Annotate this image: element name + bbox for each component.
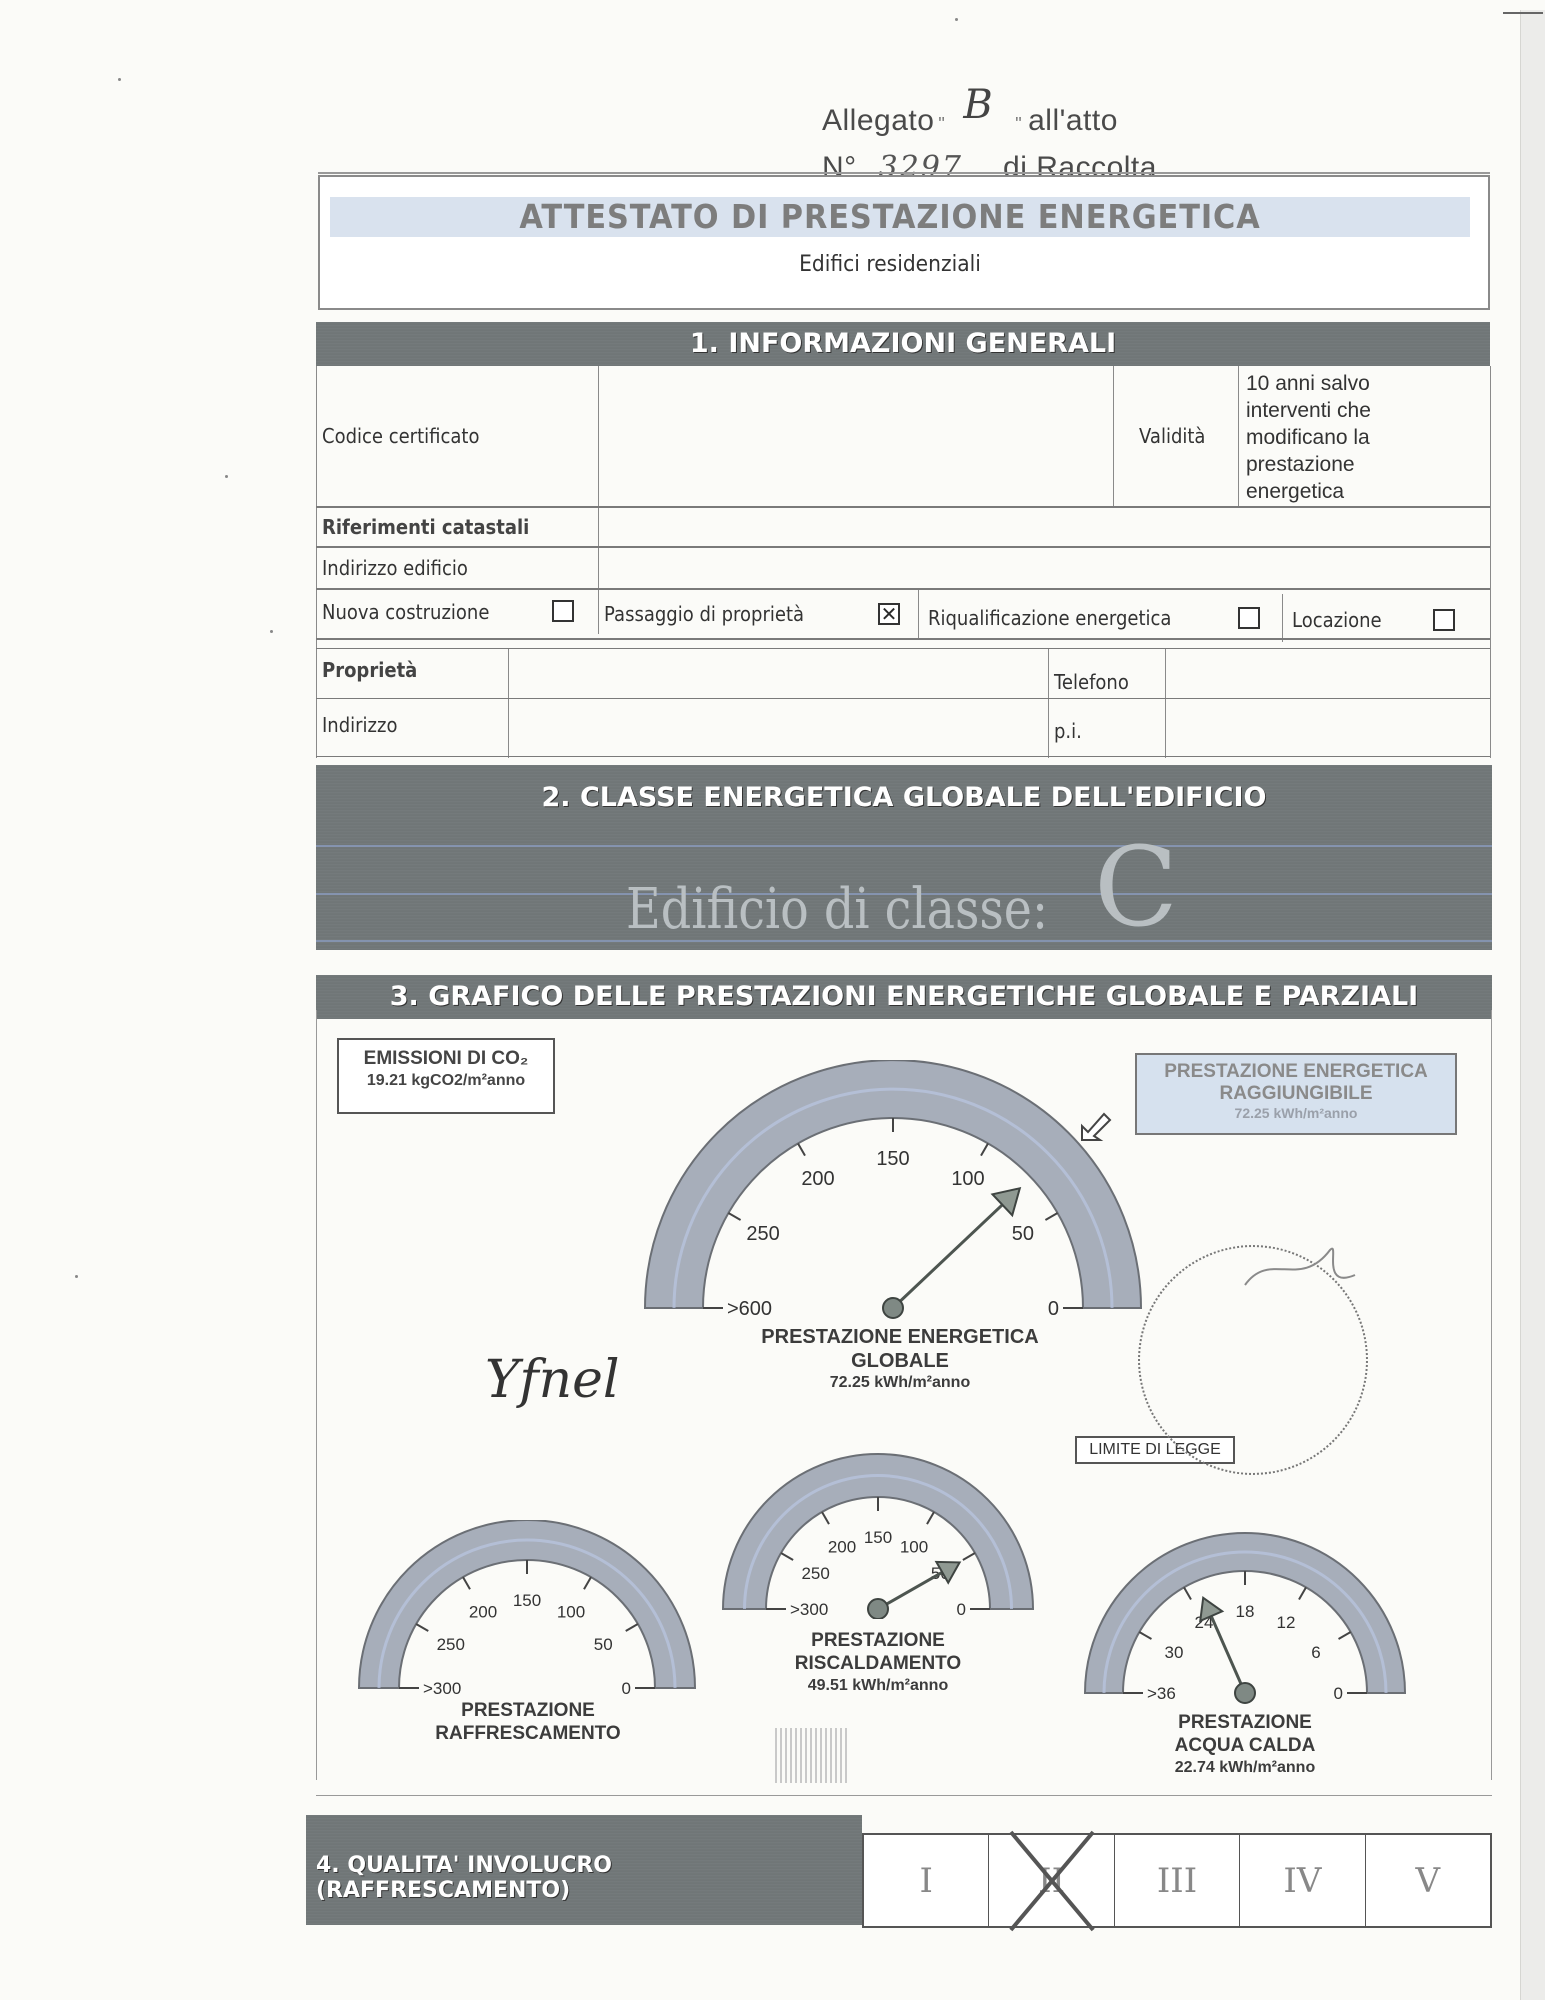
checkbox-passaggio-proprieta[interactable]: ✕: [878, 603, 900, 625]
indirizzo-edificio-label: Indirizzo edificio: [316, 548, 598, 588]
svg-text:6: 6: [1311, 1643, 1320, 1662]
riferimenti-catastali-value: [598, 508, 1490, 546]
scan-artifact: [316, 845, 1492, 847]
scan-artifact: [775, 1728, 847, 1783]
scan-speck: [955, 18, 958, 21]
page-subtitle: Edifici residenziali: [366, 252, 1415, 277]
gauge-label-line: PRESTAZIONE: [388, 1700, 668, 1723]
gauge-label-line: RAFFRESCAMENTO: [388, 1723, 668, 1746]
gauge-label-line: ACQUA CALDA: [1105, 1735, 1385, 1758]
svg-text:12: 12: [1277, 1613, 1296, 1632]
motivazione-riqualificazione: Riqualificazione energetica: [922, 596, 1282, 640]
svg-text:0: 0: [622, 1679, 631, 1698]
energy-class-value: C: [1094, 823, 1178, 951]
checkbox-riqualificazione[interactable]: [1238, 607, 1260, 629]
page-title: ATTESTATO DI PRESTAZIONE ENERGETICA: [366, 197, 1415, 236]
raggiungibile-box: PRESTAZIONE ENERGETICA RAGGIUNGIBILE 72.…: [1135, 1053, 1457, 1135]
gauge-globale-value: 72.25 kWh/m²anno: [700, 1373, 1100, 1392]
gauge-globale-label: PRESTAZIONE ENERGETICA GLOBALE 72.25 kWh…: [700, 1325, 1100, 1392]
gauge-prestazione-raffrescamento: >300250200150100500: [355, 1520, 700, 1700]
table-col: [1282, 594, 1283, 642]
motivazione-locazione: Locazione: [1286, 598, 1486, 642]
gauge-prestazione-acqua-calda: >363024181260: [1080, 1525, 1410, 1705]
section2-title: 2. CLASSE ENERGETICA GLOBALE DELL'EDIFIC…: [316, 782, 1492, 813]
proprieta-value: [508, 648, 1048, 692]
scan-speck: [75, 1275, 78, 1278]
allegato-suffix: all'atto: [1028, 99, 1118, 143]
svg-text:100: 100: [951, 1168, 984, 1190]
class-cell-iv: IV: [1240, 1835, 1365, 1926]
svg-text:>36: >36: [1147, 1684, 1176, 1703]
svg-text:30: 30: [1165, 1643, 1184, 1662]
divider: [316, 1795, 1492, 1796]
section2-panel: 2. CLASSE ENERGETICA GLOBALE DELL'EDIFIC…: [316, 765, 1492, 950]
svg-text:50: 50: [594, 1635, 613, 1654]
handwritten-signature: Yfnel: [485, 1350, 619, 1410]
svg-text:0: 0: [1334, 1684, 1343, 1703]
class-cell-ii: II: [989, 1835, 1114, 1926]
gauge-acqua-label: PRESTAZIONE ACQUA CALDA 22.74 kWh/m²anno: [1105, 1712, 1385, 1777]
table-border: [1490, 366, 1491, 758]
raggiungibile-title-1: PRESTAZIONE ENERGETICA: [1137, 1061, 1455, 1083]
svg-text:200: 200: [828, 1538, 856, 1557]
scan-edge: [1520, 10, 1545, 2000]
validita-label: Validità: [1113, 366, 1238, 506]
raggiungibile-value: 72.25 kWh/m²anno: [1137, 1105, 1455, 1121]
svg-text:>300: >300: [790, 1600, 828, 1619]
gauge-label-line: GLOBALE: [700, 1349, 1100, 1373]
gauge-raffrescamento-label: PRESTAZIONE RAFFRESCAMENTO: [388, 1700, 668, 1746]
svg-text:>300: >300: [423, 1679, 461, 1698]
table-col: [918, 590, 919, 638]
indirizzo-value: [508, 700, 1048, 750]
validita-value: 10 anni salvo interventi che modificano …: [1246, 370, 1371, 505]
validita-line: interventi che: [1246, 397, 1371, 424]
validita-line: 10 anni salvo: [1246, 370, 1371, 397]
indirizzo-label: Indirizzo: [316, 700, 508, 750]
svg-text:100: 100: [900, 1538, 928, 1557]
gauge-label-line: PRESTAZIONE: [738, 1630, 1018, 1653]
gauge-label-line: RISCALDAMENTO: [738, 1653, 1018, 1676]
scan-speck: [270, 630, 273, 633]
checkbox-locazione[interactable]: [1433, 609, 1455, 631]
codice-certificato-label: Codice certificato: [316, 366, 598, 506]
title-box: ATTESTATO DI PRESTAZIONE ENERGETICA Edif…: [318, 175, 1490, 310]
validita-line: energetica: [1246, 478, 1371, 505]
checkbox-nuova-costruzione[interactable]: [552, 600, 574, 622]
svg-text:150: 150: [876, 1148, 909, 1170]
svg-text:200: 200: [801, 1168, 834, 1190]
gauge-label-line: PRESTAZIONE: [1105, 1712, 1385, 1735]
qualita-involucro-classes: I II III IV V: [862, 1833, 1492, 1928]
validita-line: prestazione: [1246, 451, 1371, 478]
svg-text:250: 250: [801, 1564, 829, 1583]
svg-text:18: 18: [1236, 1602, 1255, 1621]
section4-title: 4. QUALITA' INVOLUCRO (RAFFRESCAMENTO): [306, 1853, 862, 1903]
table-row-line: [316, 756, 1490, 757]
proprieta-label: Proprietà: [316, 648, 508, 692]
indirizzo-edificio-value: [598, 548, 1490, 588]
divider: [318, 172, 1490, 174]
signature-mark: [1240, 1230, 1360, 1300]
allegato-letter: B: [963, 83, 993, 127]
svg-text:0: 0: [1048, 1298, 1059, 1320]
section4-header: 4. QUALITA' INVOLUCRO (RAFFRESCAMENTO): [306, 1815, 862, 1925]
emissioni-title: EMISSIONI DI CO₂: [339, 1048, 553, 1070]
emissioni-box: EMISSIONI DI CO₂ 19.21 kgCO2/m²anno: [337, 1038, 555, 1114]
section1-title: 1. INFORMAZIONI GENERALI: [316, 328, 1490, 359]
validita-line: modificano la: [1246, 424, 1371, 451]
scan-mark: [1503, 12, 1543, 14]
gauge-label-line: PRESTAZIONE ENERGETICA: [700, 1325, 1100, 1349]
table-row-line: [316, 698, 1490, 699]
allegato-label: Allegato: [822, 99, 934, 143]
class-prefix: Edificio di classe:: [626, 877, 1048, 942]
gauge-prestazione-globale: >600250200150100500: [638, 1060, 1148, 1320]
gauge-prestazione-riscaldamento: >300250200150100500: [718, 1444, 1038, 1619]
svg-text:0: 0: [957, 1600, 966, 1619]
class-cell-v: V: [1366, 1835, 1490, 1926]
scan-speck: [118, 78, 121, 81]
class-cell-iii: III: [1115, 1835, 1240, 1926]
codice-certificato-value: [598, 366, 1113, 506]
class-cell-i: I: [864, 1835, 989, 1926]
svg-text:250: 250: [437, 1635, 465, 1654]
raggiungibile-title-2: RAGGIUNGIBILE: [1137, 1083, 1455, 1105]
svg-text:100: 100: [557, 1603, 585, 1622]
gauge-riscaldamento-value: 49.51 kWh/m²anno: [738, 1676, 1018, 1695]
pi-label: p.i.: [1048, 706, 1165, 756]
section1-header: 1. INFORMAZIONI GENERALI: [316, 322, 1490, 366]
emissioni-value: 19.21 kgCO2/m²anno: [339, 1072, 553, 1090]
gauge-riscaldamento-label: PRESTAZIONE RISCALDAMENTO 49.51 kWh/m²an…: [738, 1630, 1018, 1695]
svg-text:>600: >600: [727, 1298, 772, 1320]
table-col: [1238, 366, 1239, 506]
pi-value: [1165, 706, 1490, 756]
scan-speck: [225, 475, 228, 478]
gauge-acqua-value: 22.74 kWh/m²anno: [1105, 1758, 1385, 1777]
svg-text:200: 200: [469, 1603, 497, 1622]
svg-text:250: 250: [746, 1223, 779, 1245]
svg-text:50: 50: [1012, 1223, 1034, 1245]
riferimenti-catastali-label: Riferimenti catastali: [316, 508, 598, 546]
svg-text:150: 150: [513, 1591, 541, 1610]
table-row-line: [316, 638, 1490, 640]
svg-text:150: 150: [864, 1528, 892, 1547]
section3-title: 3. GRAFICO DELLE PRESTAZIONI ENERGETICHE…: [316, 981, 1492, 1012]
